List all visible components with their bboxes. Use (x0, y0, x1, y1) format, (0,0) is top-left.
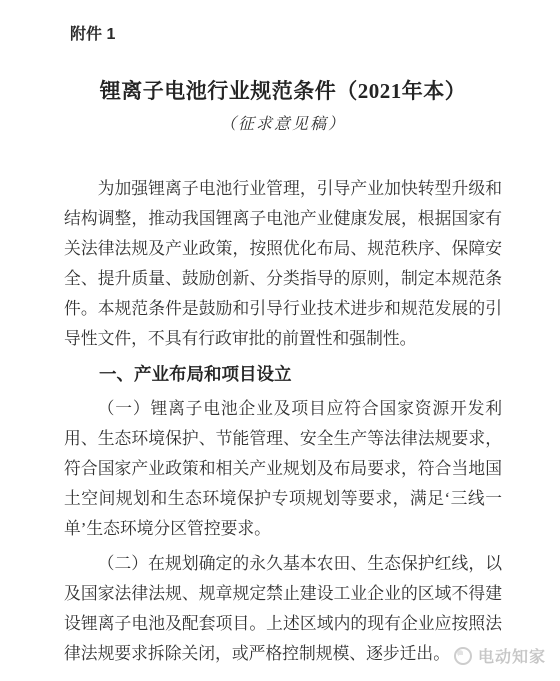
document-content: 锂离子电池行业规范条件（2021年本） （征求意见稿） 为加强锂离子电池行业管理… (0, 80, 560, 669)
section-1-paragraph-1: （一）锂离子电池企业及项目应符合国家资源开发利用、生态环境保护、节能管理、安全生… (64, 394, 502, 544)
section-1-paragraph-2: （二）在规划确定的永久基本农田、生态保护红线，以及国家法律法规、规章规定禁止建设… (64, 549, 502, 669)
section-1-heading: 一、产业布局和项目设立 (64, 359, 502, 389)
brand-logo-icon (454, 647, 472, 665)
document-title: 锂离子电池行业规范条件（2021年本） (64, 80, 502, 102)
intro-paragraph: 为加强锂离子电池行业管理，引导产业加快转型升级和结构调整，推动我国锂离子电池产业… (64, 174, 502, 354)
document-subtitle: （征求意见稿） (64, 116, 502, 134)
attachment-label: 附件 1 (70, 21, 115, 44)
watermark-label: 电动知家 (478, 644, 546, 667)
watermark: 电动知家 (454, 644, 546, 667)
document-page: 附件 1 锂离子电池行业规范条件（2021年本） （征求意见稿） 为加强锂离子电… (0, 0, 560, 681)
